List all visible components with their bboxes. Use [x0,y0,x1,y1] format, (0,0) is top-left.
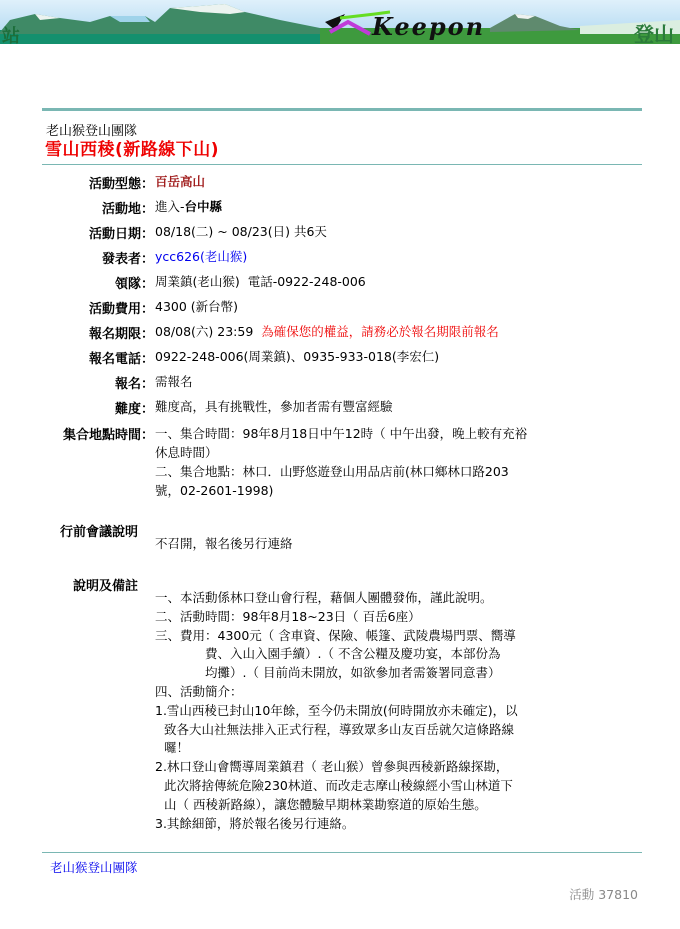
remarks-line: 致各大山社無法排入正式行程，導致眾多山友百岳就欠這條路線 [155,721,545,740]
field-label: 報名期限： [89,323,154,342]
remarks-body: 一、本活動係林口登山會行程，藉個人團體發佈，謹此說明。 二、活動時間：98年8月… [155,589,545,833]
field-label: 集合地點時間： [63,424,154,443]
field-label: 報名： [115,373,154,392]
poster-link[interactable]: ycc626(老山猴) [155,248,247,266]
remarks-line: 1.雪山西稜已封山10年餘，至今仍未開放(何時開放亦未確定)，以 [155,702,545,721]
remarks-line: 一、本活動係林口登山會行程，藉個人團體發佈，謹此說明。 [155,589,545,608]
deadline-warning: 為確保您的權益，請務必於報名期限前報名 [261,324,499,339]
footer-divider [42,852,642,853]
activity-type-value: 百岳高山 [155,173,205,191]
activity-id: 活動 37810 [569,885,638,903]
field-label: 發表者： [102,248,154,267]
banner-left-glyph: 站 [2,22,20,44]
deadline-datetime: 08/08(六) 23:59 [155,324,253,339]
field-label: 報名電話： [89,348,154,367]
remarks-line: 囉！ [155,739,545,758]
meeting-line: 休息時間） [155,443,527,462]
remarks-line: 此次將捨傳統危險230林道、而改走志摩山稜線經小雪山林道下 [155,777,545,796]
deadline-value: 08/08(六) 23:59 為確保您的權益，請務必於報名期限前報名 [155,323,499,341]
top-divider [42,108,642,111]
meeting-line: 號，02-2601-1998) [155,481,527,500]
field-label: 活動地： [102,198,154,217]
remarks-line: 山（ 西稜新路線），讓您體驗早期林業勘察道的原始生態。 [155,796,545,815]
briefing-value: 不召開，報名後另行連絡 [155,535,293,553]
phone-value: 0922-248-006(周業鎮)、0935-933-018(李宏仁) [155,348,439,366]
leader-value: 周業鎮(老山猴) 電話-0922-248-006 [155,273,366,291]
date-value: 08/18(二) ~ 08/23(日) 共6天 [155,223,327,241]
banner-logo-text: Keepon [372,12,485,41]
remarks-line: 3.其餘細節，將於報名後另行連絡。 [155,815,545,834]
site-banner: 站 Keepon 登山 [0,0,680,44]
mountain-banner-image [0,0,680,44]
field-label: 活動日期： [89,223,154,242]
place-prefix: 進入- [155,199,185,214]
field-label: 活動型態： [89,173,154,192]
signup-value: 需報名 [155,373,193,391]
fee-value: 4300 (新台幣) [155,298,238,316]
remarks-line: 二、活動時間：98年8月18~23日（ 百岳6座） [155,608,545,627]
meeting-value: 一、集合時間：98年8月18日中午12時（ 中午出發，晚上較有充裕 休息時間） … [155,424,527,500]
field-label: 活動費用： [89,298,154,317]
title-divider [42,164,642,165]
remarks-line: 四、活動簡介： [155,683,545,702]
remarks-line: 均攤）.（ 目前尚未開放，如欲參加者需簽署同意書） [155,664,545,683]
place-county: 台中縣 [185,199,223,214]
remarks-line: 費、入山入園手續）.（ 不含公糧及慶功宴，本部份為 [155,645,545,664]
banner-right-text: 登山 [634,18,674,44]
meeting-line: 一、集合時間：98年8月18日中午12時（ 中午出發，晚上較有充裕 [155,424,527,443]
field-label: 說明及備註 [73,575,138,594]
remarks-line: 三、費用：4300元（ 含車資、保險、帳篷、武陵農場門票、嚮導 [155,627,545,646]
field-label: 難度： [115,398,154,417]
field-label: 領隊： [115,273,154,292]
meeting-line: 二、集合地點：林口．山野悠遊登山用品店前(林口鄉林口路203 [155,462,527,481]
page-title: 雪山西稜(新路線下山) [45,135,219,160]
field-label: 行前會議說明 [60,521,138,540]
remarks-line: 2.林口登山會嚮導周業鎮君（ 老山猴）曾參與西稜新路線探勘， [155,758,545,777]
place-value: 進入-台中縣 [155,198,222,216]
difficulty-value: 難度高，具有挑戰性，參加者需有豐富經驗 [155,398,393,416]
organizer-link[interactable]: 老山猴登山團隊 [50,858,138,876]
